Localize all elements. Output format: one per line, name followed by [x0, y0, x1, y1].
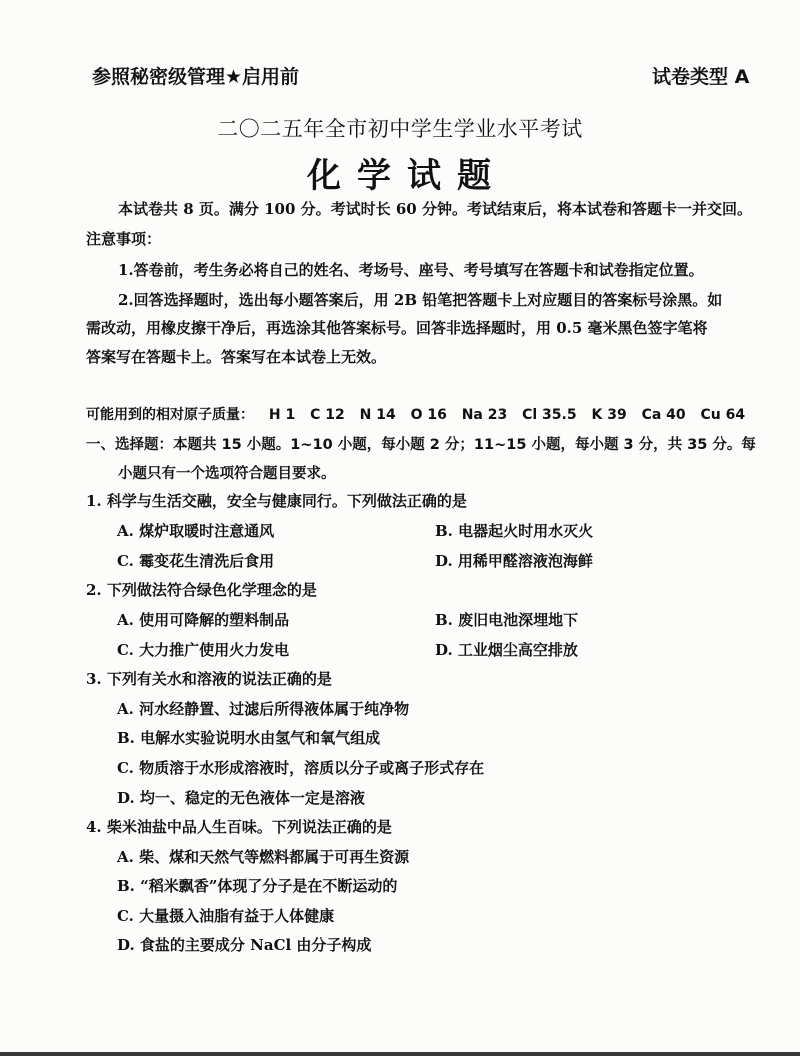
atomic-mass-k: K 39 [591, 407, 626, 423]
atomic-mass-n: N 14 [360, 407, 396, 423]
question-4-stem: 4. 柴米油盐中品人生百味。下列说法正确的是 [86, 816, 392, 837]
atomic-masses-label: 可能用到的相对原子质量： [86, 407, 254, 423]
question-3-stem: 3. 下列有关水和溶液的说法正确的是 [86, 668, 332, 689]
secrecy-label: 参照秘密级管理★启用前 [92, 62, 299, 89]
question-3-option-c: C. 物质溶于水形成溶液时，溶质以分子或离子形式存在 [117, 757, 484, 778]
question-2-option-c: C. 大力推广使用火力发电 [117, 639, 289, 660]
question-2-option-d: D. 工业烟尘高空排放 [435, 639, 578, 660]
exam-page: 参照秘密级管理★启用前 试卷类型 A 二〇二五年全市初中学生学业水平考试 化学试… [0, 0, 800, 1052]
question-2-stem: 2. 下列做法符合绿色化学理念的是 [86, 579, 317, 600]
atomic-mass-cl: Cl 35.5 [522, 407, 577, 423]
atomic-mass-h: H 1 [269, 407, 295, 423]
question-3-option-a: A. 河水经静置、过滤后所得液体属于纯净物 [117, 698, 409, 719]
atomic-mass-o: O 16 [411, 407, 447, 423]
question-4-option-a: A. 柴、煤和天然气等燃料都属于可再生资源 [117, 846, 409, 867]
paper-type-label: 试卷类型 A [652, 62, 749, 89]
question-3-option-b: B. 电解水实验说明水由氢气和氧气组成 [117, 727, 380, 748]
scan-bottom-edge [0, 1052, 800, 1056]
notice-label: 注意事项： [86, 228, 161, 249]
question-1-option-d: D. 用稀甲醛溶液泡海鲜 [435, 550, 593, 571]
note-2-line-1: 2.回答选择题时，选出每小题答案后，用 2B 铅笔把答题卡上对应题目的答案标号涂… [118, 289, 722, 310]
note-2-line-2: 需改动，用橡皮擦干净后，再选涂其他答案标号。回答非选择题时，用 0.5 毫米黑色… [86, 317, 708, 338]
question-1-option-c: C. 霉变花生清洗后食用 [117, 550, 274, 571]
section-1-heading-cont: 小题只有一个选项符合题目要求。 [118, 462, 336, 483]
question-4-option-c: C. 大量摄入油脂有益于人体健康 [117, 905, 334, 926]
note-1: 1.答卷前，考生务必将自己的姓名、考场号、座号、考号填写在答题卡和试卷指定位置。 [118, 259, 704, 280]
question-1-option-a: A. 煤炉取暖时注意通风 [117, 520, 274, 541]
atomic-mass-c: C 12 [310, 407, 345, 423]
question-1-option-b: B. 电器起火时用水灭火 [435, 520, 593, 541]
section-1-heading: 一、选择题：本题共 15 小题。1~10 小题，每小题 2 分；11~15 小题… [86, 433, 756, 454]
note-2-line-3: 答案写在答题卡上。答案写在本试卷上无效。 [86, 346, 386, 367]
atomic-mass-cu: Cu 64 [701, 407, 746, 423]
question-1-stem: 1. 科学与生活交融，安全与健康同行。下列做法正确的是 [86, 490, 467, 511]
atomic-mass-na: Na 23 [462, 407, 508, 423]
subject-title: 化学试题 [0, 148, 800, 197]
atomic-mass-ca: Ca 40 [642, 407, 686, 423]
question-4-option-b: B. “稻米飘香”体现了分子是在不断运动的 [117, 875, 397, 896]
question-4-option-d: D. 食盐的主要成分 NaCl 由分子构成 [117, 934, 371, 955]
question-3-option-d: D. 均一、稳定的无色液体一定是溶液 [117, 787, 365, 808]
intro-text: 本试卷共 8 页。满分 100 分。考试时长 60 分钟。考试结束后，将本试卷和… [118, 198, 752, 219]
exam-title: 二〇二五年全市初中学生学业水平考试 [0, 113, 800, 143]
atomic-masses: 可能用到的相对原子质量： H 1 C 12 N 14 O 16 Na 23 Cl… [86, 404, 745, 424]
question-2-option-b: B. 废旧电池深埋地下 [435, 609, 578, 630]
question-2-option-a: A. 使用可降解的塑料制品 [117, 609, 289, 630]
